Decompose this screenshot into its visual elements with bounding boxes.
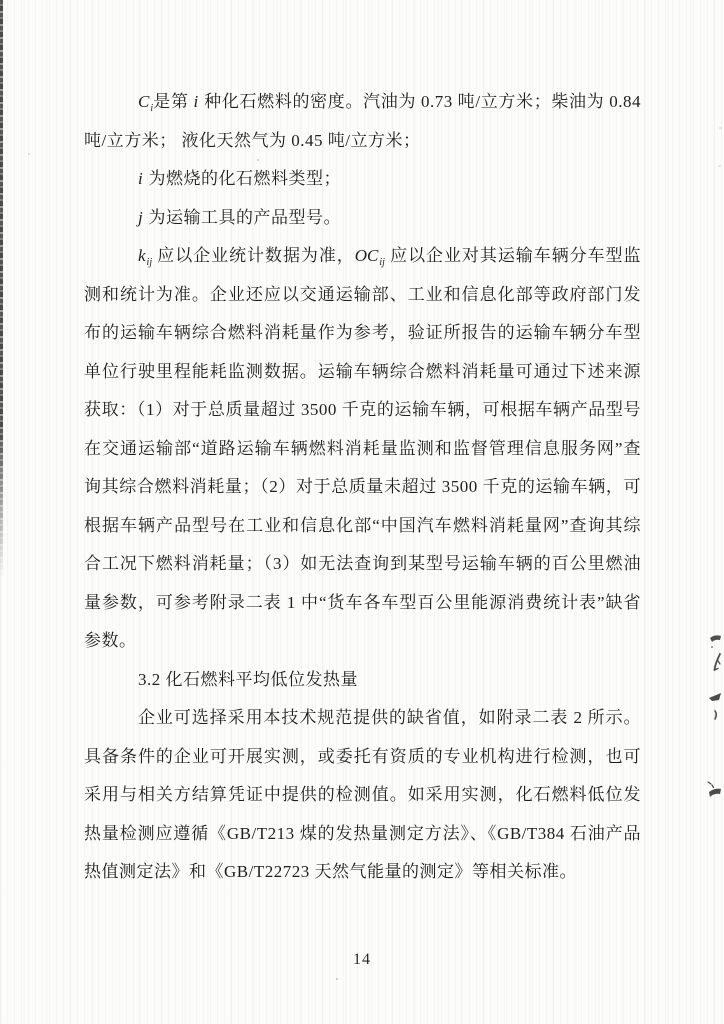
para-data-sources: kij 应以企业统计数据为准，OCij 应以企业对其运输车辆分车型监测和统计为准… [84,237,641,661]
para-fuel-type: i 为燃烧的化石燃料类型； [84,160,641,199]
document-page: Ci是第 i 种化石燃料的密度。汽油为 0.73 吨/立方米；柴油为 0.84 … [0,0,724,1024]
scan-speck [718,165,721,167]
para-density: Ci是第 i 种化石燃料的密度。汽油为 0.73 吨/立方米；柴油为 0.84 … [84,83,641,160]
handwriting-marks [700,630,724,800]
page-number: 14 [0,951,724,969]
para-heating-value: 企业可选择采用本技术规范提供的缺省值，如附录二表 2 所示。具备条件的企业可开展… [84,699,641,892]
para-product-model: j 为运输工具的产品型号。 [84,199,641,238]
document-body: Ci是第 i 种化石燃料的密度。汽油为 0.73 吨/立方米；柴油为 0.84 … [84,83,641,892]
scan-speck [719,127,722,129]
scan-speck [28,153,30,155]
section-heading-3-2: 3.2 化石燃料平均低位发热量 [84,661,641,700]
scan-speck [336,978,338,980]
scan-edge-artifact [0,0,3,580]
